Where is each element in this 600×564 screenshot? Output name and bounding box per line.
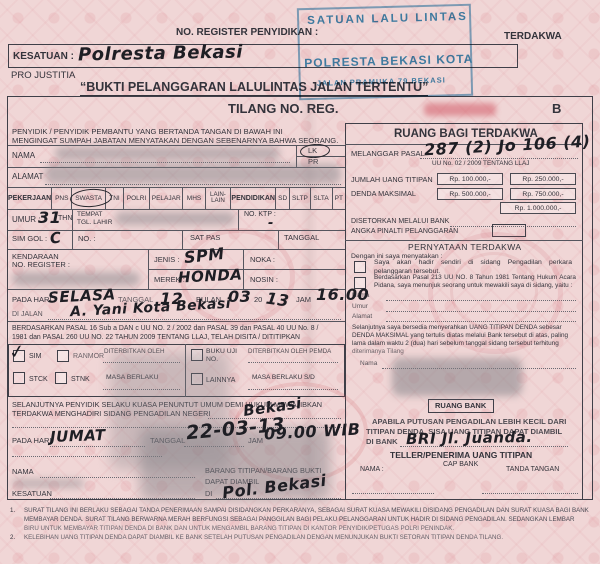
terdakwa-signature-redacted xyxy=(392,358,522,396)
pro-justitia-label: PRO JUSTITIA xyxy=(11,71,75,82)
petugas-kesatuan-label: KESATUAN xyxy=(12,490,52,499)
tilang-no-reg-label: TILANG NO. REG. xyxy=(228,102,339,117)
tilang-ticket-scan: NO. REGISTER PENYIDIKAN : TERDAKWA SATUA… xyxy=(0,0,600,564)
terdakwa-nama-label: Nama xyxy=(360,360,377,367)
stamp-line1: SATUAN LALU LINTAS xyxy=(307,11,468,28)
nama-value-redacted xyxy=(55,147,280,160)
pekerjaan-label: PEKERJAAN xyxy=(8,187,52,209)
sim-gol-label: SIM GOL : xyxy=(12,235,47,244)
copy-code: B xyxy=(552,102,561,117)
sim-checkbox-label: SIM xyxy=(29,353,41,361)
pendidikan-label: PENDIDIKAN xyxy=(231,187,276,209)
bulan-value-handwriting: 03 xyxy=(228,287,251,306)
dasar-line1: BERDASARKAN PASAL 16 Sub a DAN c UU NO. … xyxy=(12,325,318,333)
apabila-line1: APABILA PUTUSAN PENGADILAN LEBIH KECIL D… xyxy=(372,418,566,427)
pekerjaan-option-mhs: MHS xyxy=(183,187,205,209)
tahun-value-handwriting: 13 xyxy=(265,288,291,310)
di-jalan-label: DI JALAN xyxy=(12,311,43,319)
apabila-line3: DI BANK xyxy=(366,438,398,447)
footer-number-2: 2. xyxy=(10,534,15,541)
cap-bank-label: CAP BANK xyxy=(443,461,478,469)
footer-note1-line2: MEMBAYAR DENDA. SURAT TILANG BERWARNA ME… xyxy=(24,516,574,523)
wakil-umur-label: Umur xyxy=(352,303,368,310)
stnk-checkbox xyxy=(55,372,67,384)
dasar-line2: 1981 dan PASAL 260 UU NO. 22 TAHUN 2009 … xyxy=(12,334,300,342)
petugas-nrp-redacted xyxy=(12,479,84,488)
terdakwa-label: TERDAKWA xyxy=(504,31,562,43)
teller-nama-label: NAMA : xyxy=(360,466,384,474)
diterbitkan-pemda-label: DITERBITKAN OLEH PEMDA xyxy=(248,348,331,355)
watermark-ring-right-inner xyxy=(450,252,538,330)
kesatuan-value-handwriting: Polresta Bekasi xyxy=(78,42,243,66)
footer-number-1: 1. xyxy=(10,507,15,514)
wakil-alamat-label: Alamat xyxy=(352,313,372,320)
angka-pinalti-label: ANGKA PINALTI PELANGGARAN xyxy=(351,228,458,236)
titipan-amount-1: Rp. 100.000,- xyxy=(437,173,503,185)
uang-titipan-label: JUMLAH UANG TITIPAN xyxy=(351,176,433,184)
stck-checkbox xyxy=(13,372,25,384)
denda-amount-3: Rp. 1.000.000,- xyxy=(500,202,576,214)
titipan-paragraph-4: diterimanya Tilang xyxy=(352,348,404,355)
melanggar-pasal-label: MELANGGAR PASAL xyxy=(351,150,425,159)
stnk-checkbox-label: STNK xyxy=(71,376,90,384)
ktp-value-handwriting: - xyxy=(268,216,274,231)
kendaraan-label-2: NO. REGISTER : xyxy=(12,261,70,270)
alamat-label: ALAMAT xyxy=(12,172,43,181)
umur-label: UMUR : xyxy=(12,215,40,224)
jenis-label: JENIS : xyxy=(154,256,179,265)
sim-no-label: NO. : xyxy=(78,235,96,244)
police-unit-stamp: SATUAN LALU LINTAS POLRESTA BEKASI KOTA … xyxy=(297,4,473,101)
titipan-amount-2: Rp. 250.000,- xyxy=(510,173,576,185)
pekerjaan-option-lain: LAIN-LAIN xyxy=(206,187,232,209)
bank-value-handwriting: BRI Jl. Juanda. xyxy=(406,428,533,448)
stamp-line3: JALAN PRAMUKA 79 BEKASI xyxy=(317,76,446,88)
footer-note1-line1: SURAT TILANG INI BERLAKU SEBAGAI TANDA P… xyxy=(24,507,589,514)
disetorkan-bank-label: DISETORKAN MELALUI BANK xyxy=(351,218,449,226)
pekerjaan-option-polri: POLRI xyxy=(124,187,150,209)
tempat-label-2: TGL. LAHIR xyxy=(77,219,112,226)
sidang-pada-hari-label: PADA HARI xyxy=(12,437,51,446)
pendidikan-option-pt: PT xyxy=(333,187,345,209)
petugas-nama-label: NAMA xyxy=(12,468,34,477)
stamp-line2: POLRESTA BEKASI KOTA xyxy=(304,53,473,71)
alamat-value-redacted xyxy=(45,164,341,184)
kendaraan-regno-redacted xyxy=(12,272,140,286)
uu-reference: UU No. 02 / 2009 TENTANG LLAJ xyxy=(432,160,529,167)
merek-value-handwriting: HONDA xyxy=(178,265,243,286)
tanda-tangan-label: TANDA TANGAN xyxy=(506,466,559,474)
ranmor-checkbox xyxy=(57,350,69,362)
footer-note2: KELEBIHAN UANG TITIPAN DENDA DAPAT DIAMB… xyxy=(24,534,503,541)
tempat-label-1: TEMPAT xyxy=(77,211,102,218)
stck-checkbox-label: STCK xyxy=(29,376,48,384)
sidang-hari-value-handwriting: JUMAT xyxy=(50,426,106,446)
sim-checkmark: ✓ xyxy=(8,340,27,364)
pekerjaan-option-pelajar: PELAJAR xyxy=(150,187,184,209)
pendidikan-option-sd: SD xyxy=(276,187,290,209)
denda-maksimal-label: DENDA MAKSIMAL xyxy=(351,190,416,198)
tilang-number-redacted xyxy=(424,103,496,116)
nama-label: NAMA xyxy=(12,151,35,160)
tempat-value-redacted xyxy=(115,212,235,225)
footer-note1-line3: BIRU UNTUK MEMBAYAR TITIPAN DENDA DI BAN… xyxy=(24,525,454,532)
ranmor-checkbox-label: RANMOR xyxy=(73,353,104,361)
pada-hari-label: PADA HARI xyxy=(12,296,51,305)
ruang-bank-label: RUANG BANK xyxy=(435,402,486,411)
sim-gol-value-handwriting: C xyxy=(49,228,62,247)
kesatuan-label: KESATUAN : xyxy=(13,51,74,63)
hadir-sendiri-checkbox xyxy=(354,261,366,273)
denda-amount-2: Rp. 750.000,- xyxy=(510,188,576,200)
denda-amount-1: Rp. 500.000,- xyxy=(437,188,503,200)
teller-header: TELLER/PENERIMA UANG TITIPAN xyxy=(390,451,532,461)
umur-value-handwriting: 31 xyxy=(38,208,61,227)
jam-value-handwriting: 16.00 xyxy=(316,285,369,304)
